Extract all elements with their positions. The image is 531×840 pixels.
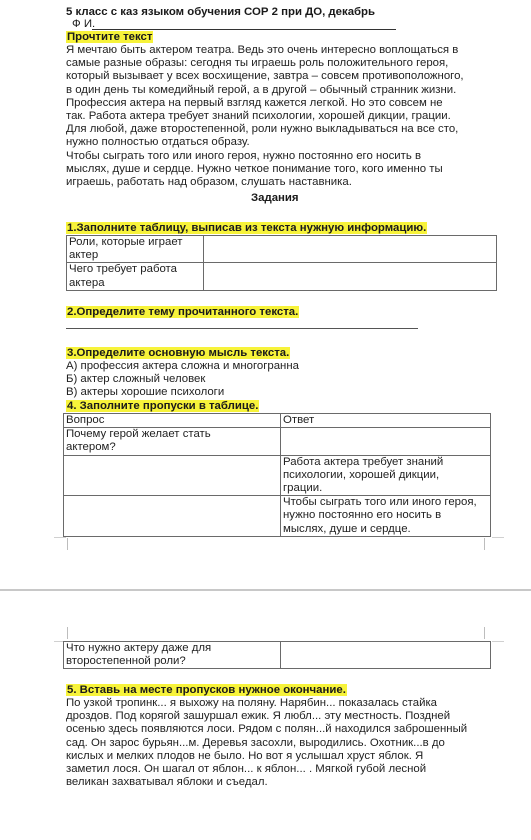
cell-line: Ответ xyxy=(283,414,488,427)
cell-line: Почему герой желает стать xyxy=(66,428,278,441)
cell-line: актером? xyxy=(66,441,278,454)
cell-line xyxy=(66,469,278,482)
cell-line: актера xyxy=(69,277,201,290)
question-cell: Почему герой желает статьактером? xyxy=(64,428,281,455)
exercise-line: сад. Он зарос бурьян...м. Деревья засохл… xyxy=(66,737,467,750)
table-row: Почему герой желает статьактером? xyxy=(64,428,491,455)
answer-option: В) актеры хорошие психологи xyxy=(66,386,299,399)
table-row: Чтобы сыграть того или иного героя,нужно… xyxy=(64,496,491,537)
task2-answer-line[interactable] xyxy=(66,328,418,329)
cell-line xyxy=(66,523,278,536)
exercise-line: дроздов. Под корягой зашуршал ежик. Я лю… xyxy=(66,710,467,723)
reading-line: мыслях, душе и сердце. Нужно четкое пони… xyxy=(66,163,464,176)
task1-heading: 1.Заполните таблицу, выписав из текста н… xyxy=(66,222,427,235)
page-corner-mark xyxy=(54,537,66,538)
reading-line: Чтобы сыграть того или иного героя, нужн… xyxy=(66,150,464,163)
cell-line xyxy=(283,441,488,454)
column-header: Ответ xyxy=(281,414,491,428)
cell-line: Работа актера требует знаний xyxy=(283,456,488,469)
task4-table: ВопросОтветПочему герой желает статьакте… xyxy=(63,413,491,537)
name-answer-line[interactable] xyxy=(92,29,396,30)
cell-line xyxy=(206,249,494,262)
reading-line: Для любой, даже второстепенной, роли нуж… xyxy=(66,123,464,136)
answer-cell[interactable] xyxy=(281,428,491,455)
cell-line xyxy=(206,236,494,249)
cell-line xyxy=(66,456,278,469)
answer-cell: Чтобы сыграть того или иного героя,нужно… xyxy=(281,496,491,537)
page-corner-mark xyxy=(484,538,485,550)
cell-line: мыслях, душе и сердце. xyxy=(283,523,488,536)
table-row: Роли, которые играетактер xyxy=(67,236,497,263)
cell-line xyxy=(283,428,488,441)
column-header: Вопрос xyxy=(64,414,281,428)
reading-text: Я мечтаю быть актером театра. Ведь это о… xyxy=(66,44,464,189)
page-corner-mark xyxy=(492,641,504,642)
answer-option: Б) актер сложный человек xyxy=(66,373,299,386)
exercise-line: великан захватывал яблоки и съедал. xyxy=(66,776,467,789)
page-break xyxy=(0,589,531,591)
cell-line xyxy=(66,509,278,522)
question-cell: Что нужно актеру даже длявторостепенной … xyxy=(64,642,281,669)
answer-cell: Работа актера требует знанийпсихологии, … xyxy=(281,455,491,496)
table-row: Что нужно актеру даже длявторостепенной … xyxy=(64,642,491,669)
tasks-heading: Задания xyxy=(251,192,299,205)
page-corner-mark xyxy=(67,538,68,550)
table-row: Работа актера требует знанийпсихологии, … xyxy=(64,455,491,496)
cell-line: Вопрос xyxy=(66,414,278,427)
reading-heading: Прочтите текст xyxy=(66,31,153,44)
task5-text: По узкой тропинк... я выхожу на поляну. … xyxy=(66,697,467,789)
cell-line: Роли, которые играет xyxy=(69,236,201,249)
cell-line: психологии, хорошей дикции, xyxy=(283,469,488,482)
reading-line: Профессия актера на первый взгляд кажетс… xyxy=(66,97,464,110)
question-cell[interactable] xyxy=(64,455,281,496)
cell-line: Что нужно актеру даже для xyxy=(66,642,278,655)
cell-line xyxy=(66,496,278,509)
cell-line: Чего требует работа xyxy=(69,263,201,276)
table-header-row: ВопросОтвет xyxy=(64,414,491,428)
cell-line xyxy=(206,277,494,290)
answer-option: А) профессия актера сложна и многогранна xyxy=(66,360,299,373)
task4-table-continued: Что нужно актеру даже длявторостепенной … xyxy=(63,641,491,669)
cell-line: грации. xyxy=(283,482,488,495)
question-cell[interactable] xyxy=(64,496,281,537)
answer-cell[interactable] xyxy=(204,263,497,290)
exercise-line: осенью здесь появляются лоси. Рядом с по… xyxy=(66,723,467,736)
exercise-line: По узкой тропинк... я выхожу на поляну. … xyxy=(66,697,467,710)
exercise-line: заметил лося. Он шагал от яблон... к ябл… xyxy=(66,763,467,776)
table-row: Чего требует работаактера xyxy=(67,263,497,290)
cell-line: актер xyxy=(69,249,201,262)
task3-options: А) профессия актера сложна и многогранна… xyxy=(66,360,299,400)
cell-line xyxy=(283,642,488,655)
task4-heading: 4. Заполните пропуски в таблице. xyxy=(66,400,259,413)
answer-cell[interactable] xyxy=(204,236,497,263)
reading-line: который вызывает у всех восхищение, завт… xyxy=(66,70,464,83)
reading-line: играешь, работать над образом, слушать н… xyxy=(66,176,464,189)
row-label: Роли, которые играетактер xyxy=(67,236,204,263)
page-corner-mark xyxy=(484,627,485,639)
cell-line: нужно постоянно его носить в xyxy=(283,509,488,522)
reading-line: самые разные образы: сегодня ты играешь … xyxy=(66,57,464,70)
cell-line: Чтобы сыграть того или иного героя, xyxy=(283,496,488,509)
reading-line: Я мечтаю быть актером театра. Ведь это о… xyxy=(66,44,464,57)
cell-line xyxy=(206,263,494,276)
task1-table: Роли, которые играетактер Чего требует р… xyxy=(66,235,497,291)
reading-line: в один день ты комедийный герой, а в дру… xyxy=(66,84,464,97)
row-label: Чего требует работаактера xyxy=(67,263,204,290)
cell-line xyxy=(283,655,488,668)
task5-heading: 5. Вставь на месте пропусков нужное окон… xyxy=(66,684,347,697)
page-corner-mark xyxy=(492,537,504,538)
reading-line: нужно полностью отдаться образу. xyxy=(66,136,464,149)
cell-line: второстепенной роли? xyxy=(66,655,278,668)
document-title: 5 класс с каз языком обучения СОР 2 при … xyxy=(66,6,375,19)
task3-heading: 3.Определите основную мысль текста. xyxy=(66,347,290,360)
page-corner-mark xyxy=(67,627,68,639)
cell-line xyxy=(66,482,278,495)
answer-cell[interactable] xyxy=(281,642,491,669)
exercise-line: кислых и мелких плодов не было. Но вот я… xyxy=(66,750,467,763)
task2-heading: 2.Определите тему прочитанного текста. xyxy=(66,306,299,319)
reading-line: так. Работа актера требует знаний психол… xyxy=(66,110,464,123)
